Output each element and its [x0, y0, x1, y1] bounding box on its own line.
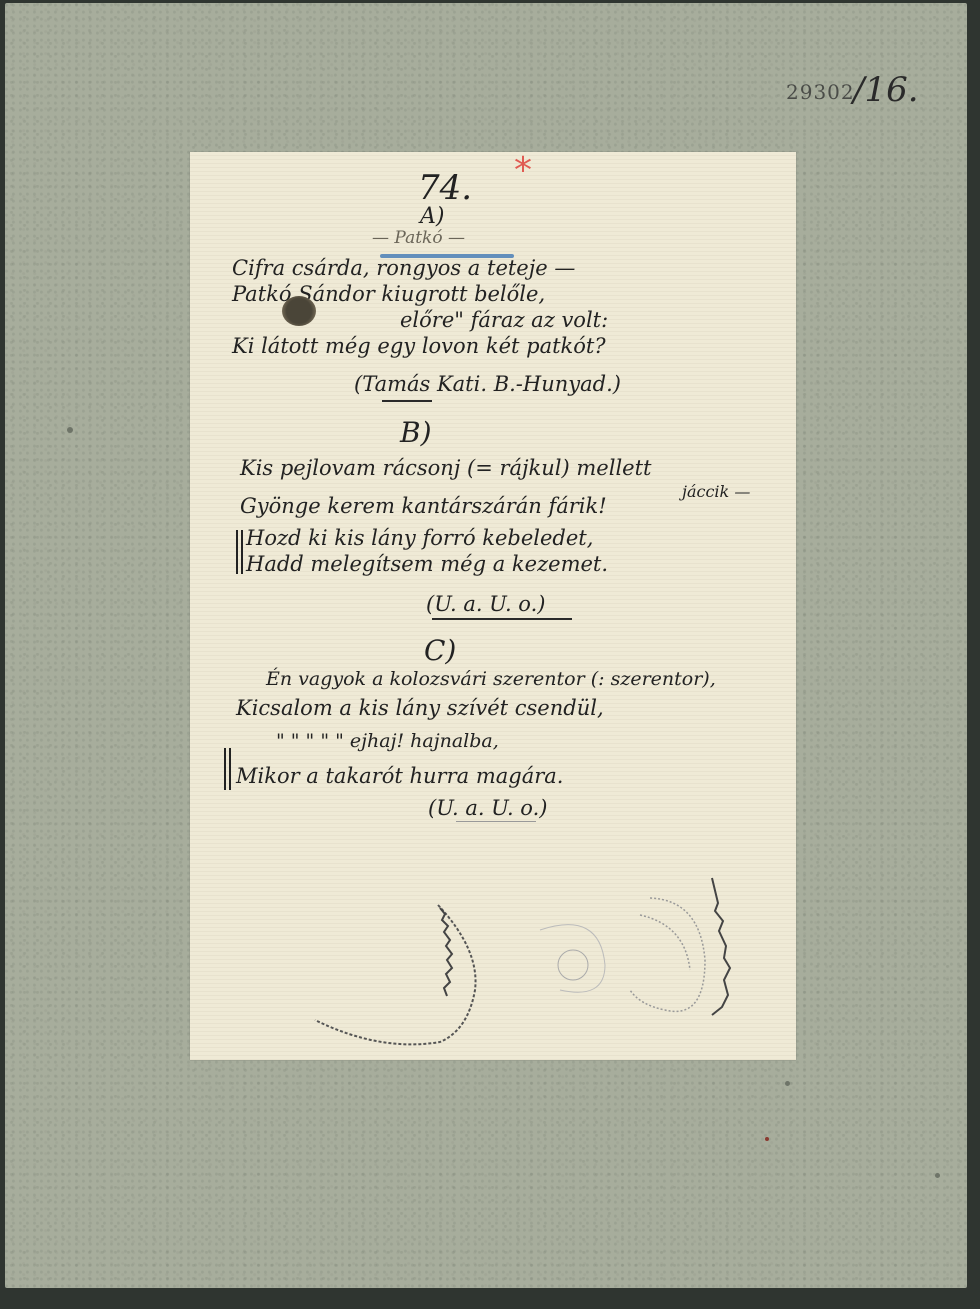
verse-line: Hozd ki kis lány forró kebeledet,: [246, 526, 593, 550]
underline: [432, 618, 572, 620]
source-citation: (U. a. U. o.): [426, 592, 545, 616]
verse-line: Patkó Sándor kiugrott belőle,: [232, 282, 545, 306]
underline: [382, 400, 432, 402]
verse-line: Kicsalom a kis lány szívét csendül,: [236, 696, 604, 720]
verse-line: Gyönge kerem kantárszárán fárik!: [240, 494, 607, 518]
verse-line: Mikor a takarót hurra magára.: [236, 764, 563, 788]
section-b-label: B): [400, 416, 432, 449]
page-number: 74.: [418, 168, 472, 208]
repeat-bar: [241, 530, 243, 574]
verse-line: Kis pejlovam rácsonj (= rájkul) mellett: [240, 456, 651, 480]
pencil-sketch: [300, 870, 780, 1060]
section-a-title: — Patkó —: [372, 228, 465, 248]
source-citation: (U. a. U. o.): [428, 796, 547, 820]
repeat-bar: [236, 530, 238, 574]
board-spot: [765, 1137, 769, 1141]
repeat-bar: [224, 748, 226, 790]
red-asterisk-mark: *: [514, 150, 532, 191]
board-spot: [935, 1173, 940, 1178]
inventory-sub-number: /16.: [853, 70, 919, 110]
verse-line: Én vagyok a kolozsvári szerentor (: szer…: [266, 668, 716, 690]
board-spot: [67, 427, 73, 433]
source-citation: (Tamás Kati. B.-Hunyad.): [354, 372, 621, 396]
verse-line: Hadd melegítsem még a kezemet.: [246, 552, 608, 576]
section-c-label: C): [424, 634, 456, 667]
inventory-number: 29302: [786, 80, 855, 104]
underline: [456, 821, 536, 822]
board-spot: [785, 1081, 790, 1086]
verse-line: előre" fáraz az volt:: [400, 308, 608, 332]
repeat-bar: [229, 748, 231, 790]
insertion-note: jáccik —: [682, 482, 750, 501]
verse-line: Ki látott még egy lovon két patkót?: [232, 334, 606, 358]
ink-blot: [282, 296, 316, 326]
verse-line: " " " " " ejhaj! hajnalba,: [276, 730, 499, 752]
section-a-label: A): [420, 204, 444, 229]
verse-line: Cifra csárda, rongyos a teteje —: [232, 256, 575, 280]
